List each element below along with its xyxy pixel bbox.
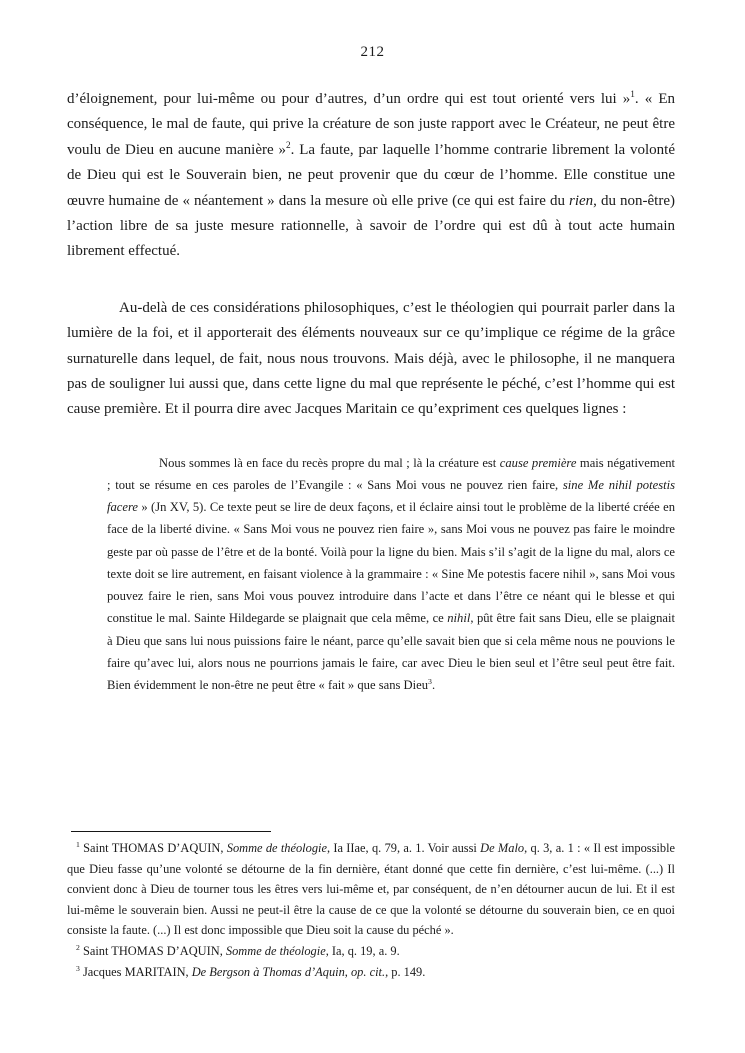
footnote-1: 1 Saint THOMAS D’AQUIN, Somme de théolog… bbox=[67, 838, 675, 941]
paragraph-second: Au-delà de ces considérations philosophi… bbox=[67, 296, 675, 423]
footnotes-section: 1 Saint THOMAS D’AQUIN, Somme de théolog… bbox=[67, 831, 675, 982]
block-quote-maritain: Nous sommes là en face du recès propre d… bbox=[107, 452, 675, 696]
footnote-2: 2 Saint THOMAS D’AQUIN, Somme de théolog… bbox=[67, 941, 675, 962]
page-number: 212 bbox=[0, 44, 745, 61]
paragraph-continuation: d’éloignement, pour lui-même ou pour d’a… bbox=[67, 87, 675, 265]
document-page: 212 d’éloignement, pour lui-même ou pour… bbox=[0, 0, 745, 1053]
page-content: d’éloignement, pour lui-même ou pour d’a… bbox=[67, 60, 675, 696]
footnote-3: 3 Jacques MARITAIN, De Bergson à Thomas … bbox=[67, 962, 675, 983]
footnote-separator bbox=[71, 831, 271, 832]
